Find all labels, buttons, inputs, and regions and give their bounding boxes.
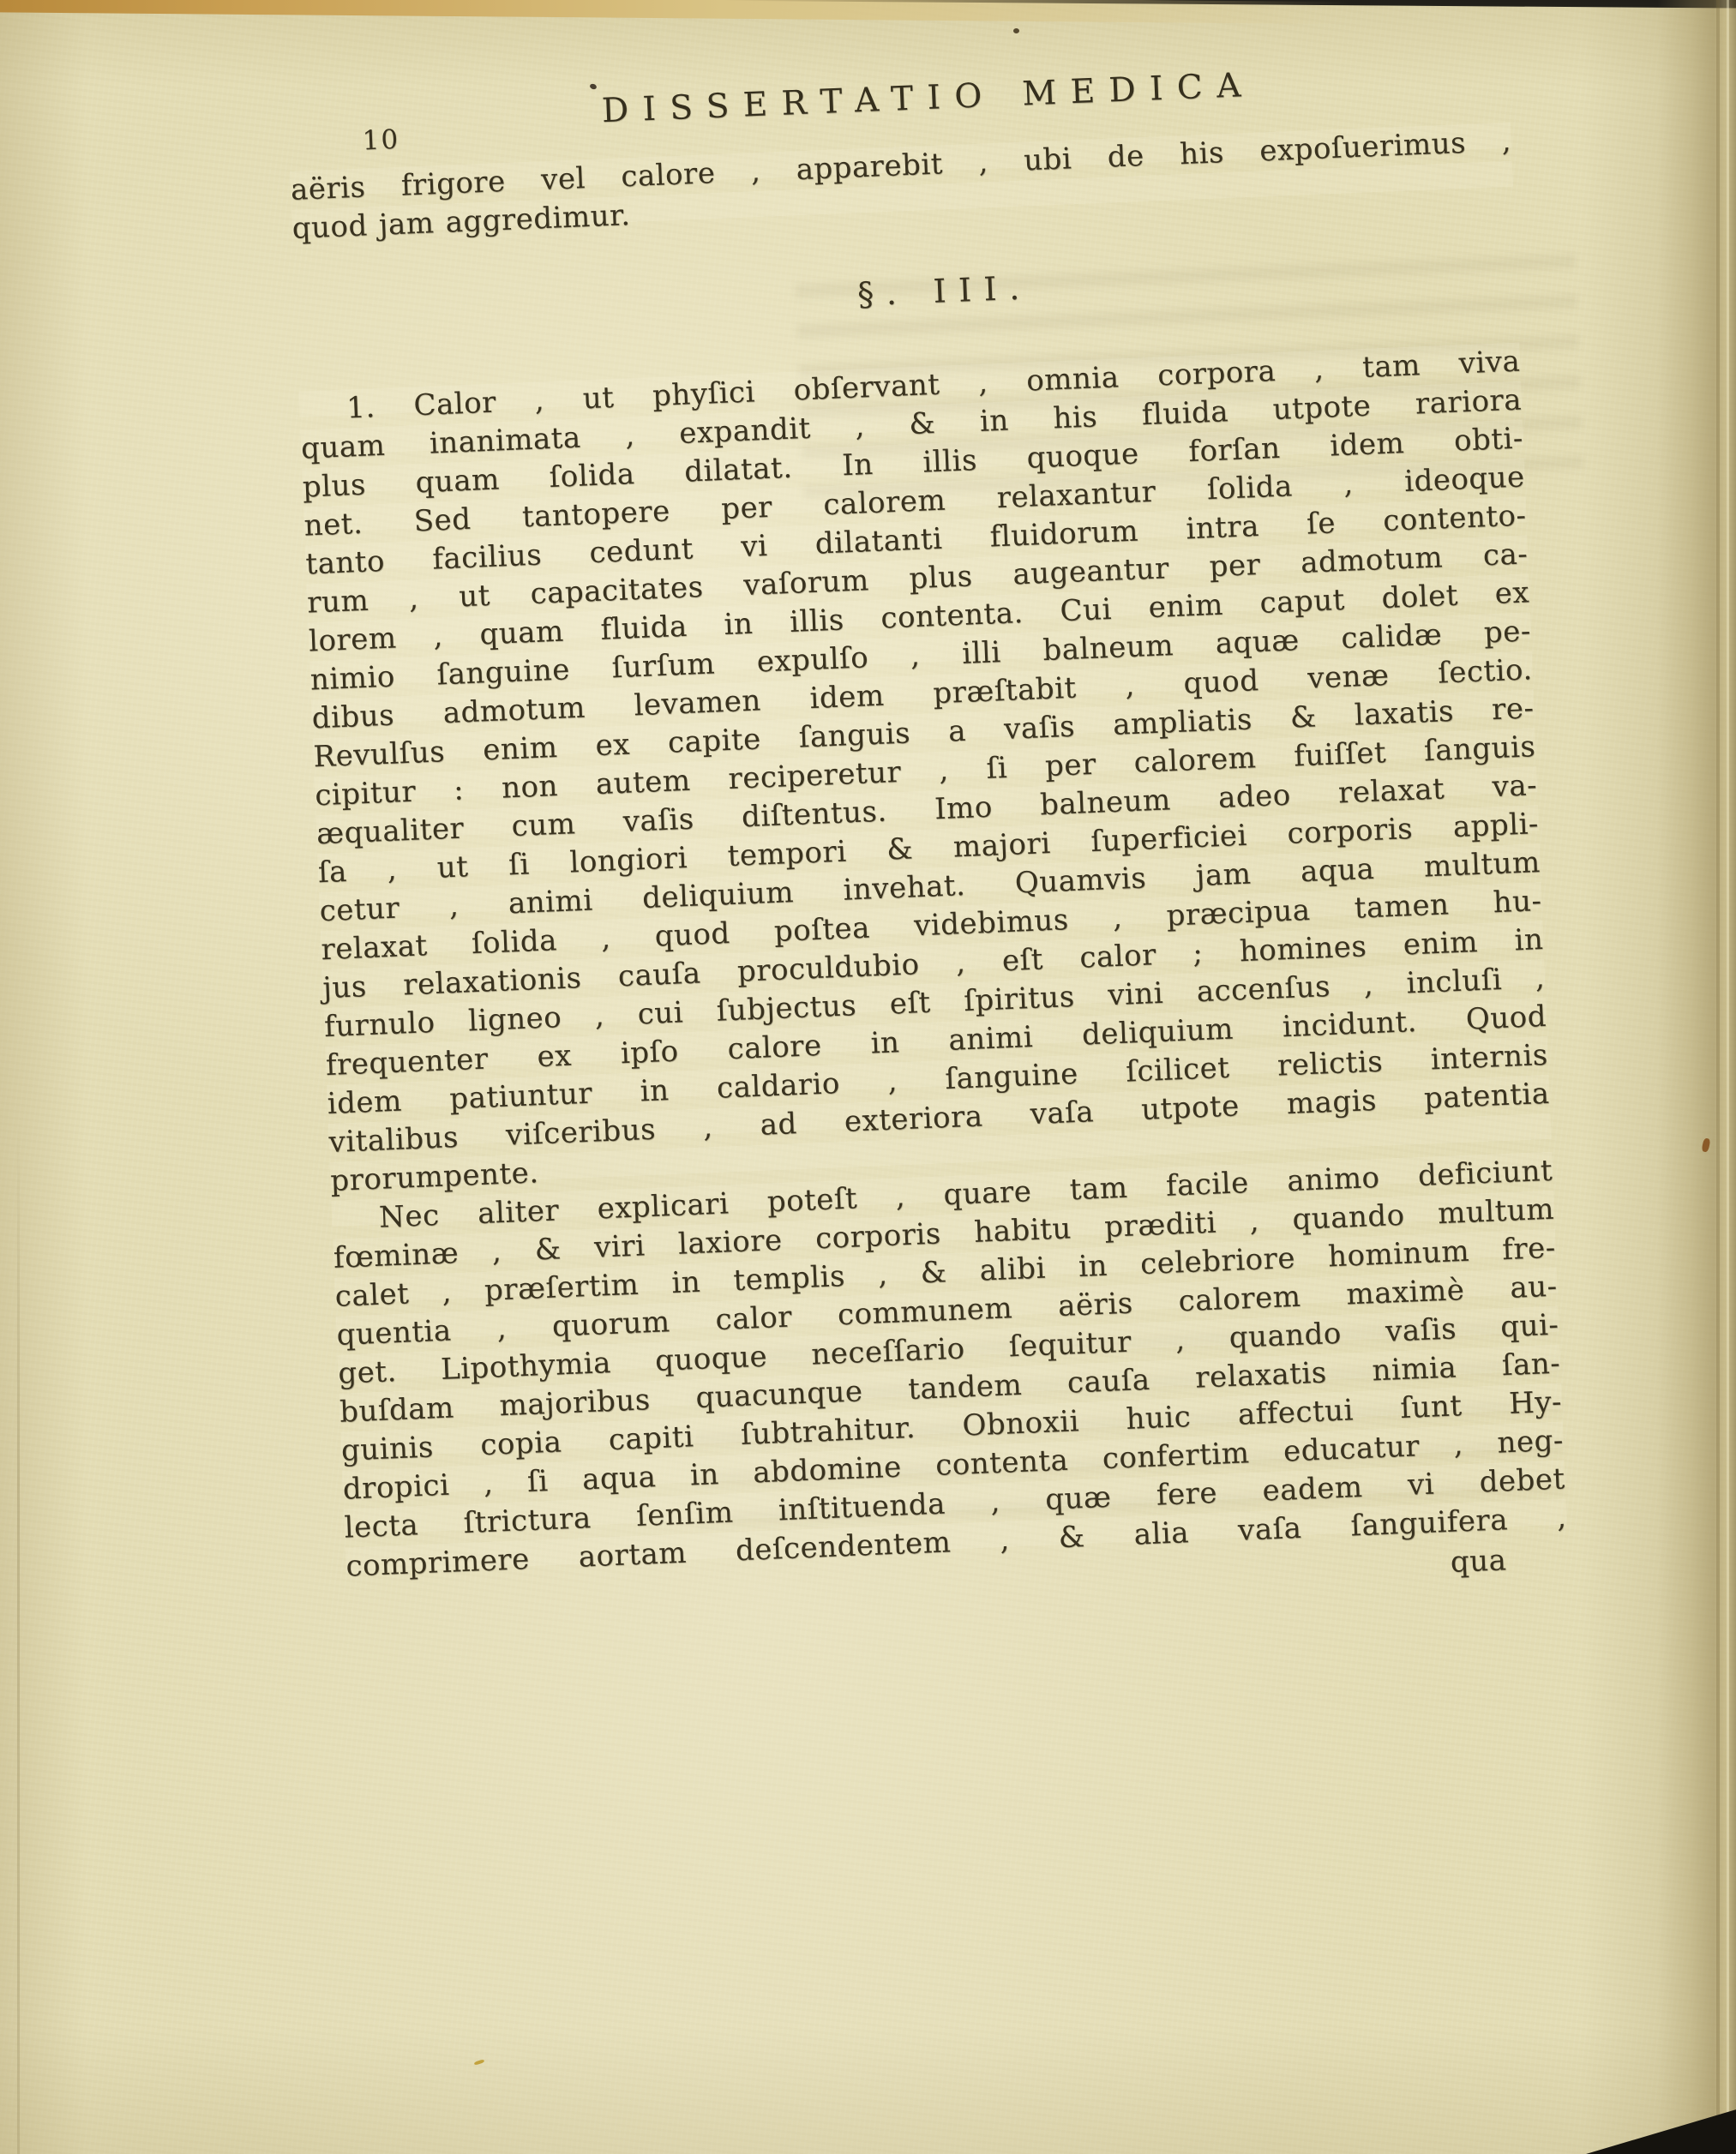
page-edge-right-shade-line (1716, 0, 1720, 2154)
left-crease-line (17, 1120, 20, 2154)
page-number: 10 (362, 121, 400, 161)
page-text-block: 10 DISSERTATIO MEDICA aëris frigore vel … (287, 56, 1569, 1627)
body-paragraph-2: Nec aliter explicari poteſt , quare tam … (331, 1152, 1567, 1587)
page-edge-right-band (1657, 0, 1736, 2154)
paper-speck (474, 2059, 485, 2066)
body-paragraph-1: 1. Calor , ut phyſici obſervant , omnia … (298, 343, 1552, 1201)
page-edge-right-highlight-line (1727, 0, 1729, 2154)
section-heading: §. III. (295, 249, 1517, 337)
page-edge-top-strip (0, 0, 1731, 27)
paper-speck (1013, 28, 1019, 33)
book-page-scan: 10 DISSERTATIO MEDICA aëris frigore vel … (0, 0, 1736, 2154)
paper-speck (589, 83, 598, 90)
